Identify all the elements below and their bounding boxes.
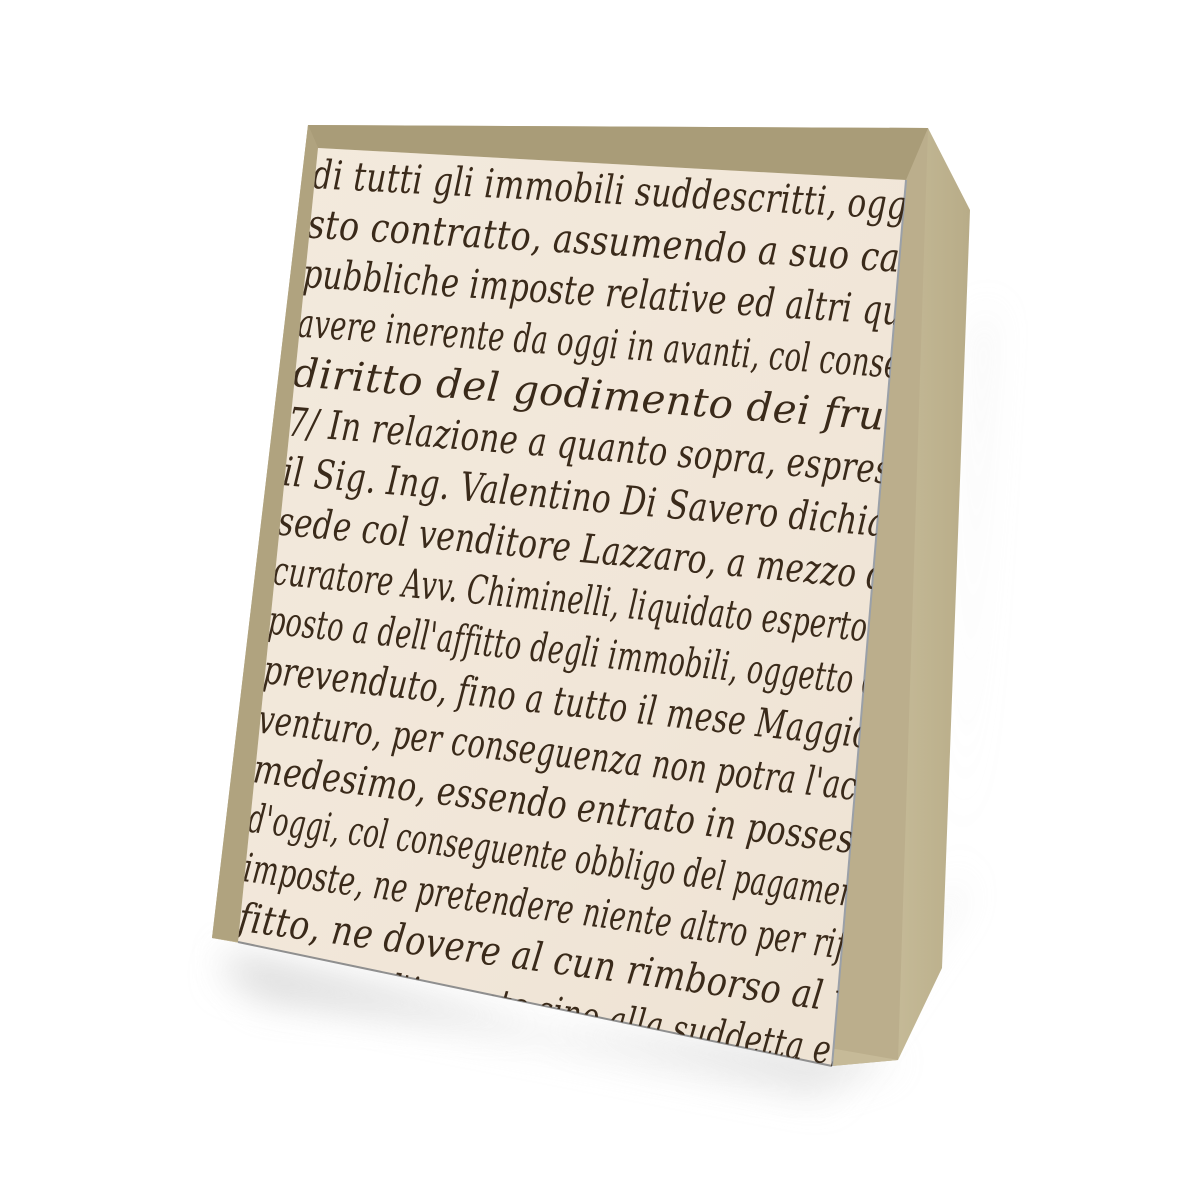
product-scene: di tutti gli immobili suddescritti, ogge… xyxy=(0,0,1200,1200)
